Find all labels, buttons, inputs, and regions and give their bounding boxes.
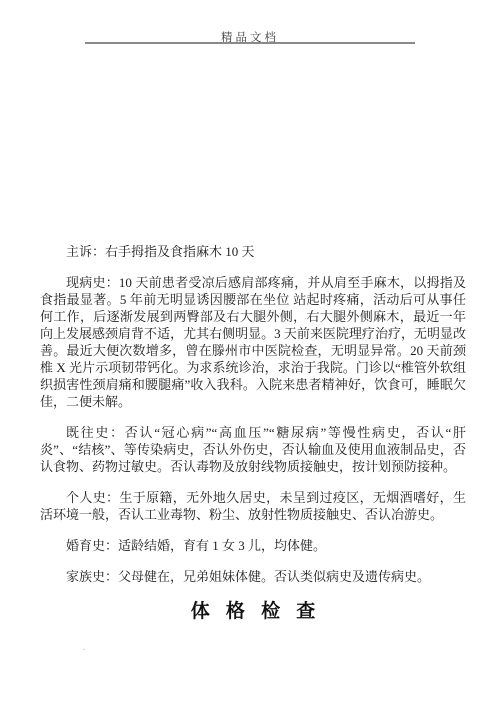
paragraph-marital-history: 婚育史：适龄结婚，育有 1 女 3 儿，均体健。 [40,537,466,554]
section-heading-physical-exam: 体 格 检 查 [40,599,466,625]
paragraph-family-history: 家族史：父母健在，兄弟姐妹体健。否认类似病史及遗传病史。 [40,568,466,585]
paragraph-personal-history: 个人史：生于原籍，无外地久居史，未呈到过疫区，无烟酒嗜好，生活环境一般，否认工业… [40,489,466,523]
footer-smudge-mark: · [82,642,86,657]
document-body: 主诉：右手拇指及食指麻木 10 天 现病史：10 天前患者受凉后感肩部疼痛，并从… [40,243,466,625]
document-page: 精品文档 主诉：右手拇指及食指麻木 10 天 现病史：10 天前患者受凉后感肩部… [0,0,500,707]
header-rule [85,42,415,44]
paragraph-present-illness: 现病史：10 天前患者受凉后感肩部疼痛，并从肩至手麻木，以拇指及食指最显著。5 … [40,274,466,410]
paragraph-past-history: 既往史：否认“冠心病”“高血压”“糖尿病”等慢性病史，否认“肝炎”、“结核”、等… [40,424,466,475]
paragraph-chief-complaint: 主诉：右手拇指及食指麻木 10 天 [40,243,466,260]
